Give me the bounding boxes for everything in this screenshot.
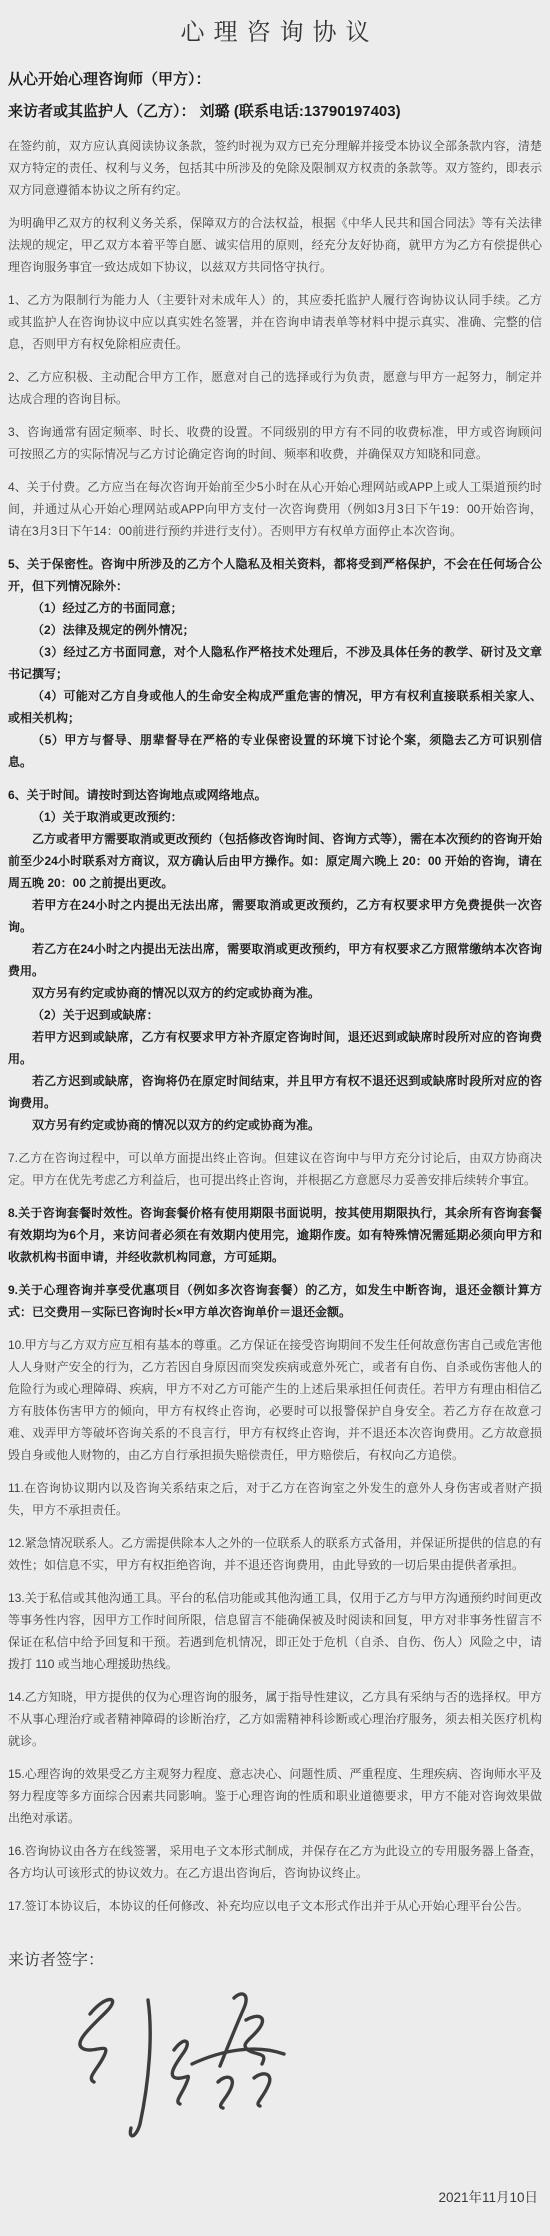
paragraph: （5）甲方与督导、朋辈督导在严格的专业保密设置的环境下讨论个案，须隐去乙方可识别… <box>8 729 542 773</box>
visitor-signature-label: 来访者签字： <box>8 1947 542 1970</box>
signature-date: 2021年11月10日 <box>8 2186 538 2206</box>
paragraph: （1）关于取消或更改预约： <box>8 806 542 828</box>
paragraph: 为明确甲乙双方的权利义务关系，保障双方的合法权益，根据《中华人民共和国合同法》等… <box>8 212 542 278</box>
party-b-line: 来访者或其监护人（乙方）： 刘璐 (联系电话:13790197403) <box>8 103 542 121</box>
paragraph: 若乙方迟到或缺席，咨询将仍在原定时间结束，并且甲方有权不退还迟到或缺席时段所对应… <box>8 1070 542 1114</box>
page-title: 心理咨询协议 <box>8 12 542 47</box>
paragraph: 5、关于保密性。咨询中所涉及的乙方个人隐私及相关资料，都将受到严格保护，不会在任… <box>8 553 542 597</box>
clauses: 在签约前，双方应认真阅读协议条款，签约时视为双方已充分理解并接受本协议全部条款内… <box>8 135 542 1917</box>
handwritten-signature <box>56 1986 542 2156</box>
paragraph: （3）经过乙方书面同意，对个人隐私作严格技术处理后，不涉及具体任务的教学、研讨及… <box>8 641 542 685</box>
signature-strokes-icon <box>56 1986 296 2156</box>
party-a-line: 从心开始心理咨询师（甲方）： <box>8 71 542 89</box>
paragraph: 在签约前，双方应认真阅读协议条款，签约时视为双方已充分理解并接受本协议全部条款内… <box>8 135 542 201</box>
paragraph: 7.乙方在咨询过程中，可以单方面提出终止咨询。但建议在咨询中与甲方充分讨论后，由… <box>8 1147 542 1191</box>
paragraph: 9.关于心理咨询并享受优惠项目（例如多次咨询套餐）的乙方，如发生中断咨询，退还金… <box>8 1279 542 1323</box>
paragraph: 13.关于私信或其他沟通工具。平台的私信功能或其他沟通工具，仅用于乙方与甲方沟通… <box>8 1587 542 1675</box>
paragraph: 若甲方在24小时之内提出无法出席，需要取消或更改预约，乙方有权要求甲方免费提供一… <box>8 894 542 938</box>
paragraph: 16.咨询协议由各方在线签署，采用电子文本形式制成，并保存在乙方为此设立的专用服… <box>8 1840 542 1884</box>
paragraph: 10.甲方与乙方双方应互相有基本的尊重。乙方保证在接受咨询期间不发生任何故意伤害… <box>8 1334 542 1466</box>
paragraph: （2）关于迟到或缺席： <box>8 1004 542 1026</box>
paragraph: 若乙方在24小时之内提出无法出席，需要取消或更改预约，甲方有权要求乙方照常缴纳本… <box>8 938 542 982</box>
paragraph: 8.关于咨询套餐时效性。咨询套餐价格有使用期限书面说明，按其使用期限执行，其余所… <box>8 1202 542 1268</box>
paragraph: 3、咨询通常有固定频率、时长、收费的设置。不同级别的甲方有不同的收费标准，甲方或… <box>8 421 542 465</box>
paragraph: （2）法律及规定的例外情况； <box>8 619 542 641</box>
agreement-document: 心理咨询协议 从心开始心理咨询师（甲方）： 来访者或其监护人（乙方）： 刘璐 (… <box>0 0 550 2236</box>
paragraph: 2、乙方应积极、主动配合甲方工作，愿意对自己的选择或行为负责，愿意与甲方一起努力… <box>8 366 542 410</box>
paragraph: 4、关于付费。乙方应当在每次咨询开始前至少5小时在从心开始心理网站或APP上或人… <box>8 476 542 542</box>
paragraph: 15.心理咨询的效果受乙方主观努力程度、意志决心、问题性质、严重程度、生理疾病、… <box>8 1763 542 1829</box>
paragraph: 17.签订本协议后，本协议的任何修改、补充均应以电子文本形式作出并于从心开始心理… <box>8 1895 542 1917</box>
paragraph: 双方另有约定或协商的情况以双方的约定或协商为准。 <box>8 982 542 1004</box>
paragraph: 6、关于时间。请按时到达咨询地点或网络地点。 <box>8 784 542 806</box>
paragraph: 1、乙方为限制行为能力人（主要针对未成年人）的，其应委托监护人履行咨询协议认同手… <box>8 289 542 355</box>
paragraph: 若甲方迟到或缺席，乙方有权要求甲方补齐原定咨询时间，退还迟到或缺席时段所对应的咨… <box>8 1026 542 1070</box>
paragraph: 乙方或者甲方需要取消或更改预约（包括修改咨询时间、咨询方式等），需在本次预约的咨… <box>8 828 542 894</box>
paragraph: （1）经过乙方的书面同意； <box>8 597 542 619</box>
paragraph: 双方另有约定或协商的情况以双方的约定或协商为准。 <box>8 1114 542 1136</box>
paragraph: 14.乙方知晓，甲方提供的仅为心理咨询的服务，属于指导性建议，乙方具有采纳与否的… <box>8 1686 542 1752</box>
paragraph: （4）可能对乙方自身或他人的生命安全构成严重危害的情况，甲方有权利直接联系相关家… <box>8 685 542 729</box>
paragraph: 12.紧急情况联系人。乙方需提供除本人之外的一位联系人的联系方式备用，并保证所提… <box>8 1532 542 1576</box>
paragraph: 11.在咨询协议期内以及咨询关系结束之后，对于乙方在咨询室之外发生的意外人身伤害… <box>8 1477 542 1521</box>
